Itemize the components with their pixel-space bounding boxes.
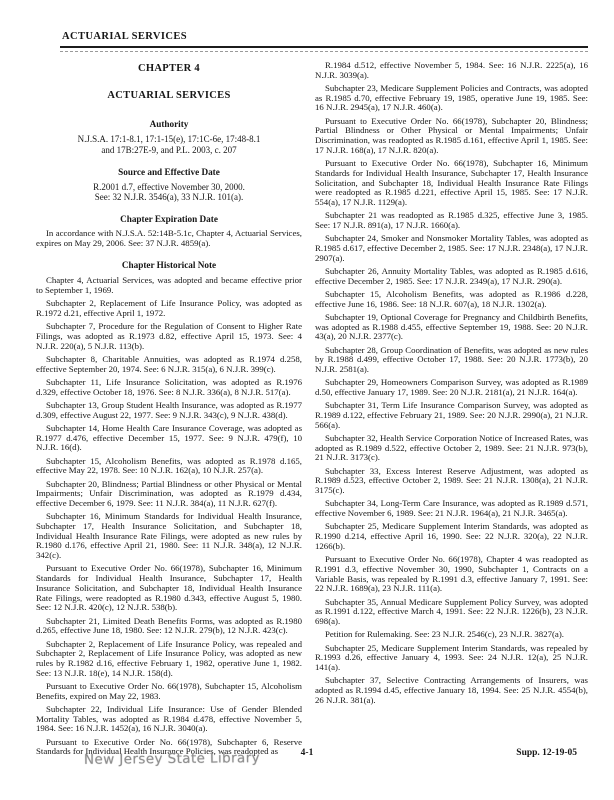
- chapter-expiration-heading: Chapter Expiration Date: [36, 215, 302, 225]
- historical-note-paragraph: Subchapter 26, Annuity Mortality Tables,…: [315, 267, 588, 286]
- historical-note-paragraph: Subchapter 19, Optional Coverage for Pre…: [315, 313, 588, 342]
- historical-note-paragraph: Pursuant to Executive Order No. 66(1978)…: [315, 117, 588, 156]
- authority-citation-line1: N.J.S.A. 17:1-8.1, 17:1-15(e), 17:1C-6e,…: [36, 134, 302, 144]
- historical-note-paragraph: Subchapter 33, Excess Interest Reserve A…: [315, 467, 588, 496]
- historical-note-paragraph: Subchapter 13, Group Student Health Insu…: [36, 401, 302, 420]
- historical-note-paragraph: Subchapter 22, Individual Life Insurance…: [36, 705, 302, 734]
- right-column: R.1984 d.512, effective November 5, 1984…: [315, 57, 588, 761]
- running-header-title: ACTUARIAL SERVICES: [62, 31, 187, 42]
- historical-note-paragraph: Pursuant to Executive Order No. 66(1978)…: [315, 555, 588, 594]
- historical-note-paragraph: Pursuant to Executive Order No. 66(1978)…: [315, 159, 588, 208]
- historical-note-paragraph: Subchapter 2, Replacement of Life Insura…: [36, 299, 302, 318]
- authority-heading: Authority: [36, 120, 302, 130]
- historical-note-paragraph: Subchapter 31, Term Life Insurance Compa…: [315, 401, 588, 430]
- historical-note-paragraph: Subchapter 21, Limited Death Benefits Fo…: [36, 617, 302, 636]
- supplement-date: Supp. 12-19-05: [516, 748, 577, 758]
- historical-note-paragraph: Subchapter 37, Selective Contracting Arr…: [315, 676, 588, 705]
- source-line1: R.2001 d.7, effective November 30, 2000.: [36, 182, 302, 192]
- historical-note-paragraph: Petition for Rulemaking. See: 23 N.J.R. …: [315, 630, 588, 640]
- historical-note-paragraph: Pursuant to Executive Order No. 66(1978)…: [36, 564, 302, 613]
- left-column: CHAPTER 4 ACTUARIAL SERVICES Authority N…: [36, 57, 302, 761]
- historical-note-paragraph: Subchapter 28, Group Coordination of Ben…: [315, 346, 588, 375]
- historical-note-paragraph: Subchapter 25, Medicare Supplement Inter…: [315, 522, 588, 551]
- historical-note-paragraph: Subchapter 14, Home Health Care Insuranc…: [36, 424, 302, 453]
- historical-note-paragraph: Subchapter 8, Charitable Annuities, was …: [36, 355, 302, 374]
- historical-note-paragraph: Subchapter 7, Procedure for the Regulati…: [36, 322, 302, 351]
- historical-note-paragraph: Subchapter 32, Health Service Corporatio…: [315, 434, 588, 463]
- historical-note-paragraph: Subchapter 21 was readopted as R.1985 d.…: [315, 211, 588, 230]
- chapter-historical-note-heading: Chapter Historical Note: [36, 261, 302, 271]
- historical-note-paragraph: Subchapter 15, Alcoholism Benefits, was …: [315, 290, 588, 309]
- historical-note-paragraph: Subchapter 15, Alcoholism Benefits, was …: [36, 457, 302, 476]
- document-page: ACTUARIAL SERVICES CHAPTER 4 ACTUARIAL S…: [0, 0, 614, 800]
- chapter-title-heading: ACTUARIAL SERVICES: [36, 91, 302, 101]
- source-effective-date-heading: Source and Effective Date: [36, 168, 302, 178]
- historical-note-paragraph: Subchapter 11, Life Insurance Solicitati…: [36, 378, 302, 397]
- historical-note-paragraphs-right: R.1984 d.512, effective November 5, 1984…: [315, 61, 588, 705]
- historical-note-paragraph: Subchapter 24, Smoker and Nonsmoker Mort…: [315, 234, 588, 263]
- source-line2: See: 32 N.J.R. 3546(a), 33 N.J.R. 101(a)…: [36, 192, 302, 202]
- historical-note-paragraph: Subchapter 35, Annual Medicare Supplemen…: [315, 598, 588, 627]
- historical-note-paragraph: Chapter 4, Actuarial Services, was adopt…: [36, 276, 302, 295]
- historical-note-paragraph: Subchapter 2, Replacement of Life Insura…: [36, 640, 302, 679]
- historical-note-paragraph: Subchapter 34, Long-Term Care Insurance,…: [315, 499, 588, 518]
- authority-citation-line2: and 17B:27E-9, and P.L. 2003, c. 207: [36, 145, 302, 155]
- historical-note-paragraph: Subchapter 20, Blindness; Partial Blindn…: [36, 480, 302, 509]
- chapter-number-heading: CHAPTER 4: [36, 64, 302, 74]
- historical-note-paragraph: Subchapter 23, Medicare Supplement Polic…: [315, 84, 588, 113]
- historical-note-paragraph: Pursuant to Executive Order No. 66(1978)…: [36, 682, 302, 701]
- two-column-body: CHAPTER 4 ACTUARIAL SERVICES Authority N…: [36, 57, 588, 761]
- chapter-expiration-text: In accordance with N.J.S.A. 52:14B-5.1c,…: [36, 229, 302, 248]
- historical-note-paragraph: Subchapter 16, Minimum Standards for Ind…: [36, 512, 302, 561]
- header-rule: [60, 46, 588, 52]
- historical-note-paragraph: R.1984 d.512, effective November 5, 1984…: [315, 61, 588, 80]
- historical-note-paragraph: Subchapter 29, Homeowners Comparison Sur…: [315, 378, 588, 397]
- historical-note-paragraphs-left: Chapter 4, Actuarial Services, was adopt…: [36, 276, 302, 757]
- historical-note-paragraph: Subchapter 25, Medicare Supplement Inter…: [315, 644, 588, 673]
